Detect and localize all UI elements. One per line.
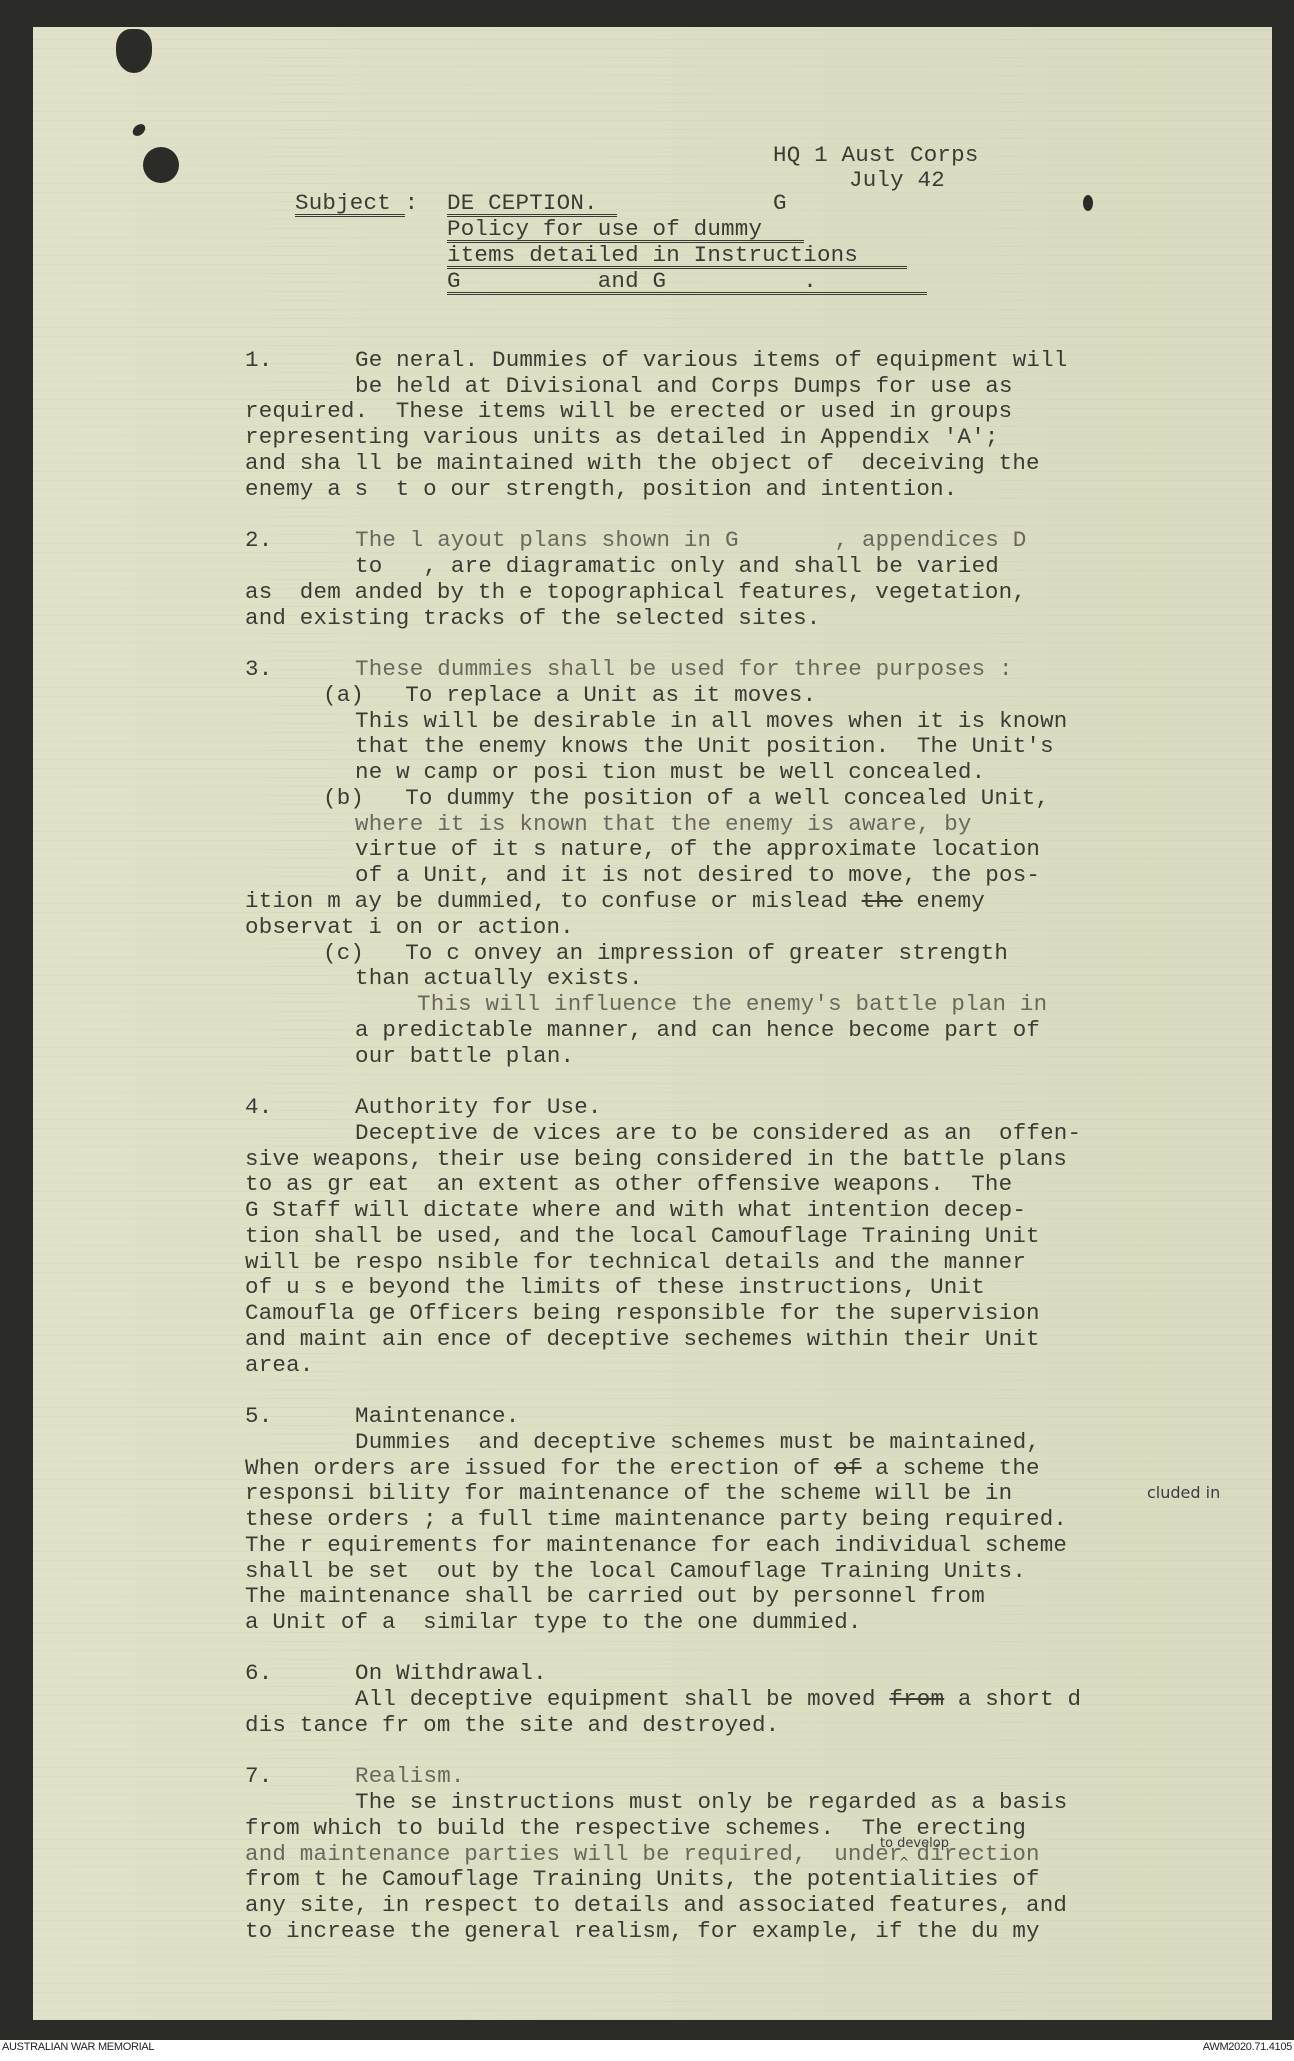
para-4-line: and maint ain ence of deceptive sechemes… [245, 1326, 1040, 1352]
para-6-line: dis tance fr om the site and destroyed. [245, 1712, 779, 1738]
para-5-line: The r equirements for maintenance for ea… [245, 1532, 1067, 1558]
para-6-text: All deceptive equipment shall be moved [355, 1686, 889, 1712]
para-5-heading: Maintenance. [355, 1403, 519, 1429]
para-3-item-b: (b) To dummy the position of a well conc… [323, 785, 1049, 811]
para-1-line: Ge neral. Dummies of various items of eq… [355, 347, 1068, 373]
paper-tear-right [1083, 195, 1093, 211]
para-6-text: a short d [944, 1686, 1081, 1712]
para-7-line: from t he Camouflage Training Units, the… [245, 1866, 1040, 1892]
subject-line-2: Policy for use of dummy [447, 216, 762, 242]
handwritten-annotation: cluded in [1147, 1483, 1220, 1502]
para-3-item-c: (c) To c onvey an impression of greater … [323, 940, 1008, 966]
footer-accession-number: AWM2020.71.4105 [1203, 2041, 1292, 2053]
para-3-line: ne w camp or posi tion must be well conc… [355, 759, 985, 785]
para-3-line: This will influence the enemy's battle p… [417, 991, 1047, 1017]
para-5-line: Dummies and deceptive schemes must be ma… [355, 1429, 1040, 1455]
para-3-line: These dummies shall be used for three pu… [355, 656, 1013, 682]
para-5-line: a Unit of a similar type to the one dumm… [245, 1609, 862, 1635]
struck-word: from [889, 1686, 944, 1712]
para-1-line: required. These items will be erected or… [245, 398, 1012, 424]
para-2-line: to , are diagramatic only and shall be v… [355, 553, 999, 579]
paper-tear [130, 122, 147, 139]
para-5-line: these orders ; a full time maintenance p… [245, 1506, 1067, 1532]
para-6-line: All deceptive equipment shall be moved f… [355, 1686, 1081, 1712]
para-4-line: Deceptive de vices are to be considered … [355, 1120, 1081, 1146]
para-3-line: virtue of it s nature, of the approximat… [355, 836, 1040, 862]
subject-label-underline [295, 214, 405, 217]
para-4-number: 4. [245, 1094, 272, 1120]
para-5-number: 5. [245, 1403, 272, 1429]
para-2-line: as dem anded by th e topographical featu… [245, 579, 1026, 605]
para-5-line: responsi bility for maintenance of the s… [245, 1480, 1012, 1506]
para-2-line: and existing tracks of the selected site… [245, 605, 821, 631]
para-3-line: a predictable manner, and can hence beco… [355, 1017, 1040, 1043]
para-3-text: enemy [903, 888, 985, 914]
punch-hole-top [116, 29, 152, 73]
para-4-line: Camoufla ge Officers being responsible f… [245, 1300, 1040, 1326]
para-5-line: shall be set out by the local Camouflage… [245, 1558, 1026, 1584]
footer-institution: AUSTRALIAN WAR MEMORIAL [2, 2041, 154, 2053]
para-4-line: sive weapons, their use being considered… [245, 1146, 1067, 1172]
date-label: July 42 [849, 167, 945, 193]
para-6-number: 6. [245, 1660, 272, 1686]
subject-line-4: G and G . [447, 268, 817, 294]
para-3-line: where it is known that the enemy is awar… [355, 811, 972, 837]
para-3-line: of a Unit, and it is not desired to move… [355, 862, 1040, 888]
para-4-line: of u s e beyond the limits of these inst… [245, 1274, 985, 1300]
para-5-line: When orders are issued for the erection … [245, 1455, 1040, 1481]
para-4-heading: Authority for Use. [355, 1094, 602, 1120]
para-4-line: tion shall be used, and the local Camouf… [245, 1223, 1040, 1249]
para-5-text: When orders are issued for the erection … [245, 1455, 834, 1481]
para-1-line: be held at Divisional and Corps Dumps fo… [355, 373, 1013, 399]
para-7-line: The se instructions must only be regarde… [355, 1789, 1068, 1815]
para-5-line: The maintenance shall be carried out by … [245, 1583, 985, 1609]
para-7-line: to increase the general realism, for exa… [245, 1918, 1040, 1944]
para-5-text: a scheme the [862, 1455, 1040, 1481]
para-3-line: our battle plan. [355, 1043, 574, 1069]
para-1-line: and sha ll be maintained with the object… [245, 450, 1040, 476]
struck-word: of [834, 1455, 861, 1481]
para-3-number: 3. [245, 656, 272, 682]
para-3-line: ition m ay be dummied, to confuse or mis… [245, 888, 985, 914]
para-7-line: any site, in respect to details and asso… [245, 1892, 1067, 1918]
para-1-number: 1. [245, 347, 272, 373]
para-4-line: G Staff will dictate where and with what… [245, 1197, 1026, 1223]
para-7-heading: Realism. [355, 1763, 465, 1789]
hq-label: HQ 1 Aust Corps [773, 142, 979, 168]
subject-label: Subject : [295, 190, 418, 217]
para-3-line: This will be desirable in all moves when… [355, 708, 1068, 734]
punch-hole-middle [143, 147, 179, 183]
para-1-line: enemy a s t o our strength, position and… [245, 476, 958, 502]
para-2-number: 2. [245, 527, 272, 553]
para-6-heading: On Withdrawal. [355, 1660, 547, 1686]
struck-word: the [862, 888, 903, 914]
subject-title: DE CEPTION. [447, 190, 598, 216]
para-3-line: that the enemy knows the Unit position. … [355, 733, 1054, 759]
reference-g: G [773, 190, 787, 216]
para-4-line: area. [245, 1352, 314, 1378]
para-7-line: and maintenance parties will be required… [245, 1841, 1040, 1867]
para-4-line: to as gr eat an extent as other offensiv… [245, 1171, 1012, 1197]
para-2-line: The l ayout plans shown in G , appendice… [355, 527, 1026, 553]
para-3-line: observat i on or action. [245, 914, 574, 940]
para-3-line: than actually exists. [355, 965, 643, 991]
subject-line-4-underline [447, 292, 927, 295]
para-4-line: will be respo nsible for technical detai… [245, 1249, 1026, 1275]
para-3-text: ition m ay be dummied, to confuse or mis… [245, 888, 862, 914]
para-7-number: 7. [245, 1763, 272, 1789]
subject-line-3: items detailed in Instructions [447, 242, 858, 268]
para-1-line: representing various units as detailed i… [245, 424, 999, 450]
para-3-item-a: (a) To replace a Unit as it moves. [323, 682, 816, 708]
